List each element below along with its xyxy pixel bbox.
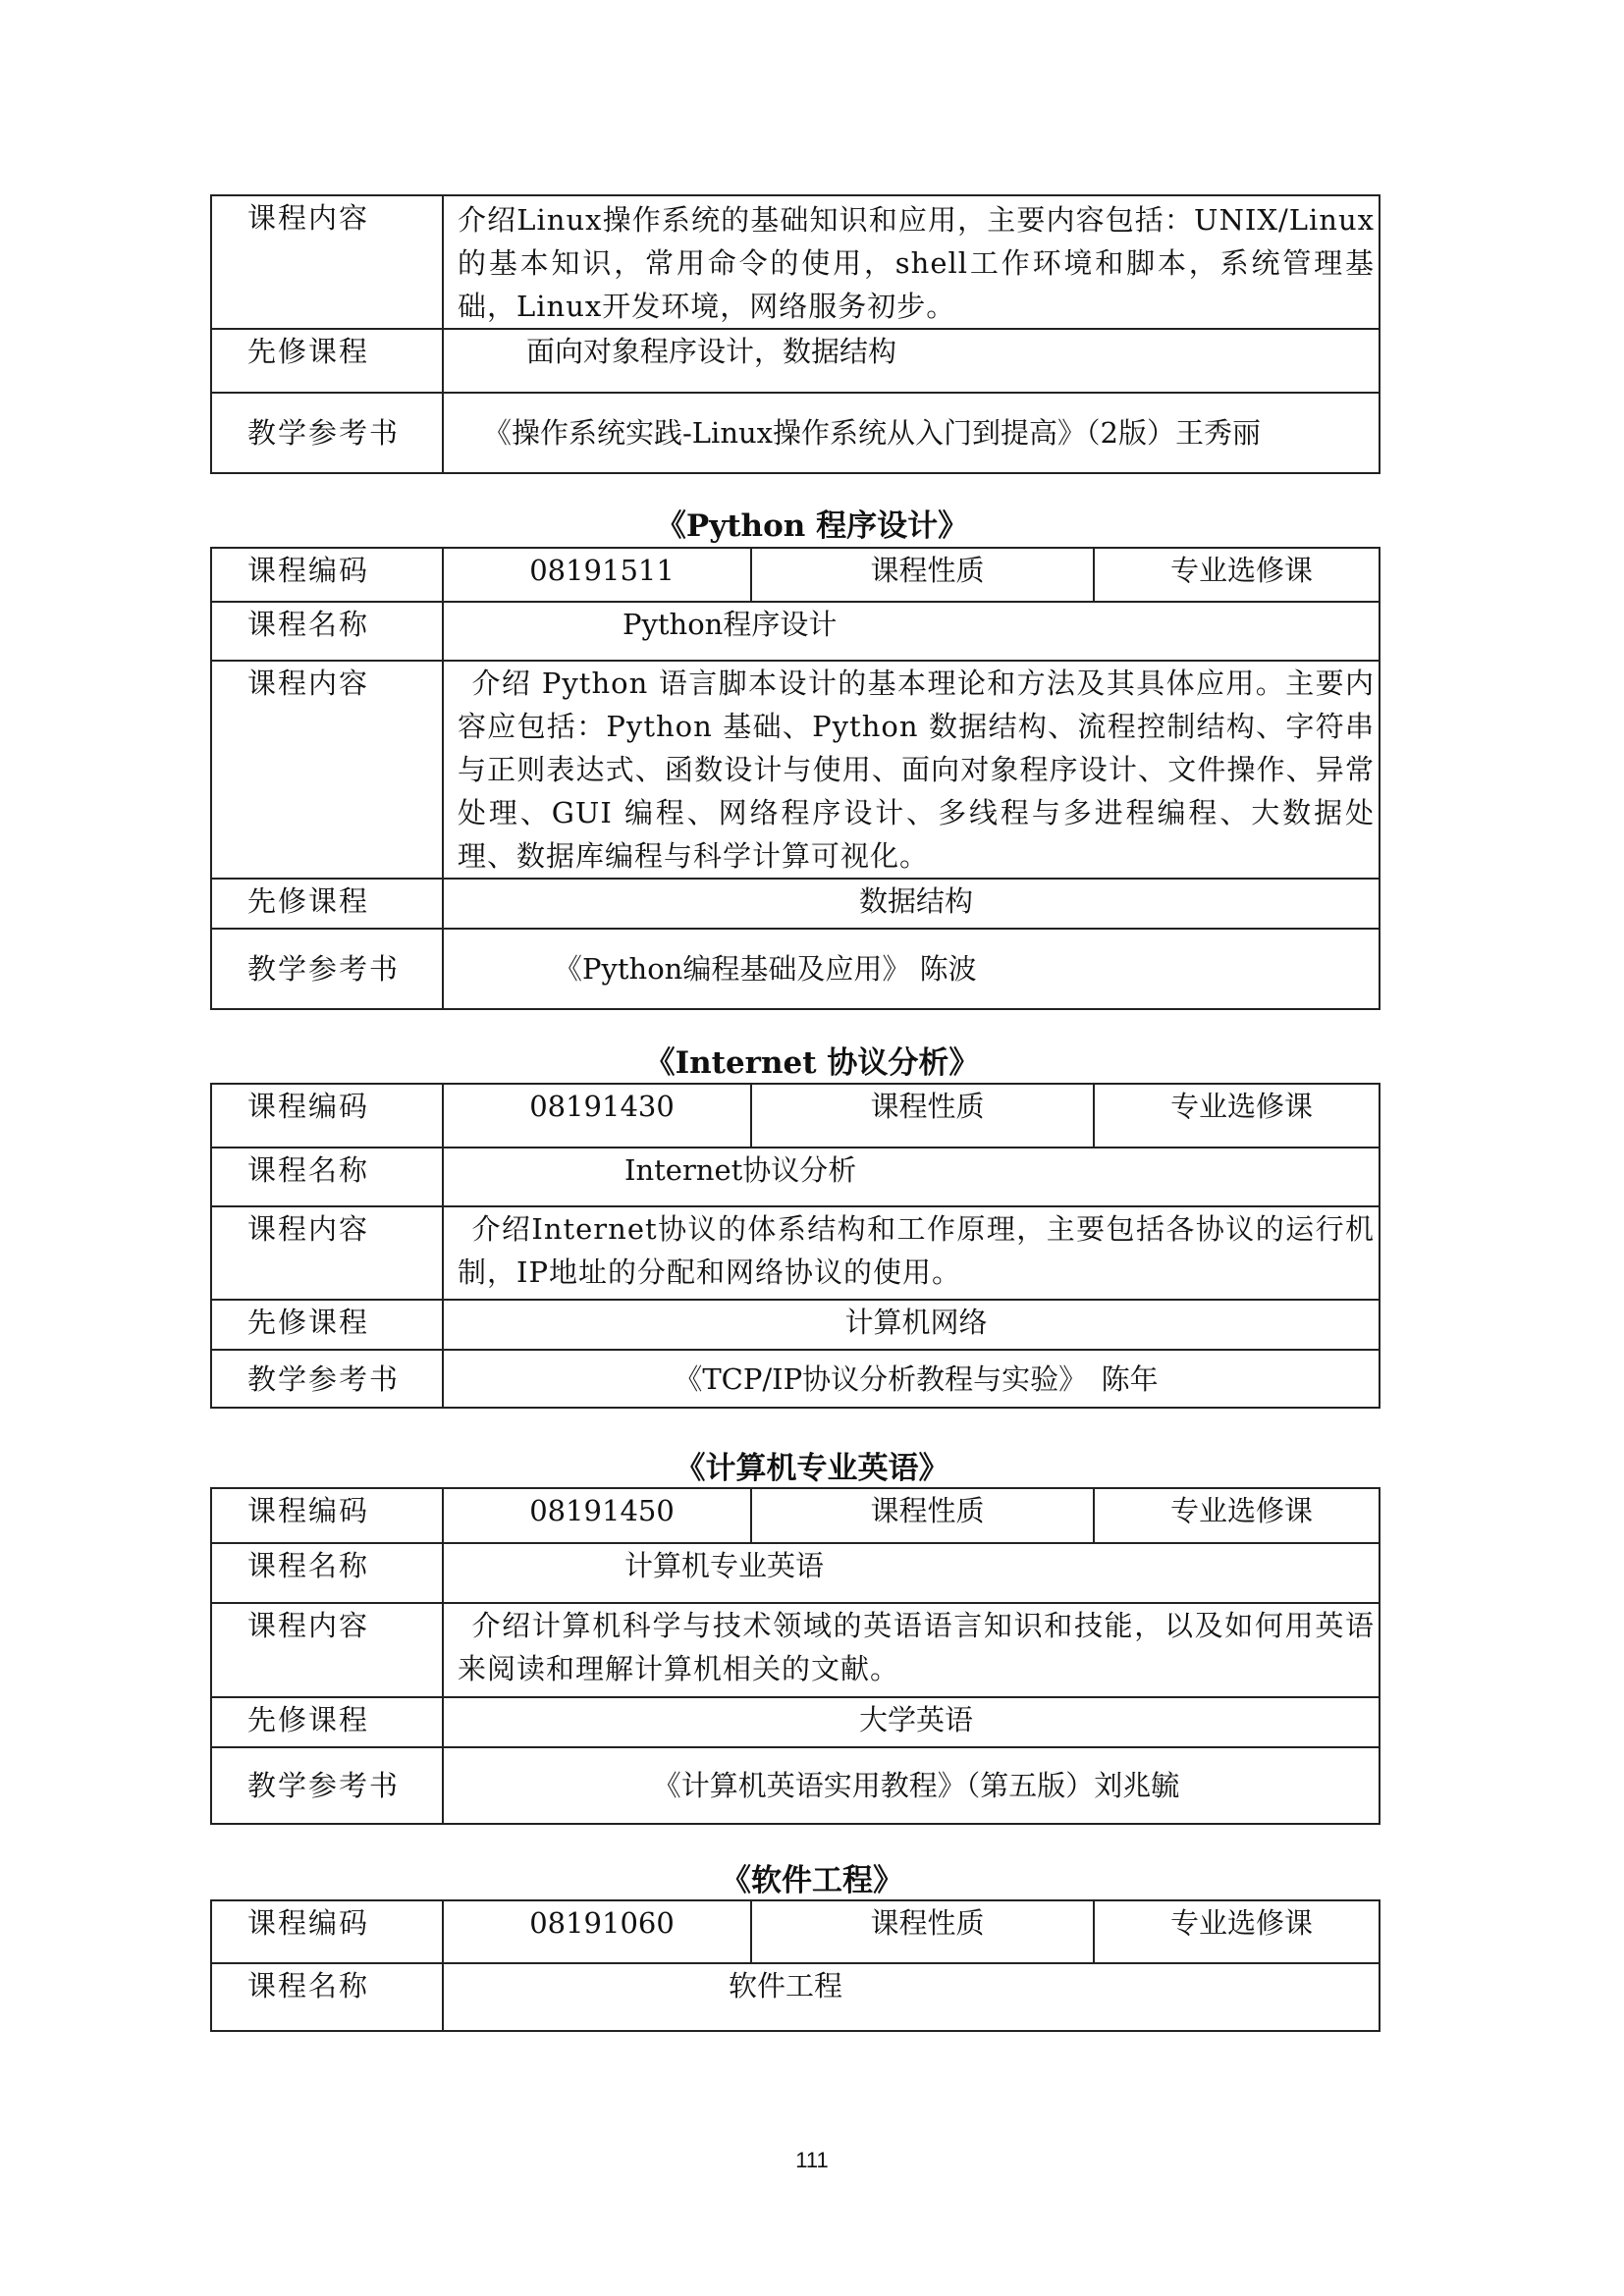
ref-value: 《计算机英语实用教程》（第五版）刘兆毓 bbox=[443, 1747, 1380, 1824]
nature-value: 专业选修课 bbox=[1094, 548, 1380, 602]
course-title-internet: 《Internet 协议分析》 bbox=[0, 1038, 1624, 1082]
course-table-internet: 课程编码 08191430 课程性质 专业选修课 课程名称 Internet协议… bbox=[210, 1083, 1380, 1409]
ref-value: 《操作系统实践-Linux操作系统从入门到提高》（2版）王秀丽 bbox=[443, 393, 1380, 473]
nature-value: 专业选修课 bbox=[1094, 1084, 1380, 1148]
name-value: 软件工程 bbox=[443, 1963, 1380, 2031]
content-value: 介绍 Python 语言脚本设计的基本理论和方法及其具体应用。主要内容应包括：P… bbox=[443, 661, 1380, 879]
course-title-english: 《计算机专业英语》 bbox=[0, 1443, 1624, 1487]
code-label: 课程编码 bbox=[211, 548, 443, 602]
page-number: 111 bbox=[0, 2148, 1624, 2173]
prereq-label: 先修课程 bbox=[211, 879, 443, 929]
content-label: 课程内容 bbox=[211, 1206, 443, 1300]
ref-value: 《TCP/IP协议分析教程与实验》 陈年 bbox=[443, 1350, 1380, 1408]
content-value: 介绍Internet协议的体系结构和工作原理，主要包括各协议的运行机制，IP地址… bbox=[443, 1206, 1380, 1300]
prereq-value: 大学英语 bbox=[443, 1697, 1380, 1747]
ref-label: 教学参考书 bbox=[211, 929, 443, 1009]
nature-label: 课程性质 bbox=[751, 548, 1094, 602]
content-label: 课程内容 bbox=[211, 1603, 443, 1697]
name-label: 课程名称 bbox=[211, 1963, 443, 2031]
nature-label: 课程性质 bbox=[751, 1084, 1094, 1148]
linux-course-table-continued: 课程内容 介绍Linux操作系统的基础知识和应用，主要内容包括：UNIX/Lin… bbox=[210, 194, 1380, 474]
nature-label: 课程性质 bbox=[751, 1488, 1094, 1543]
nature-value: 专业选修课 bbox=[1094, 1900, 1380, 1963]
course-table-english: 课程编码 08191450 课程性质 专业选修课 课程名称 计算机专业英语 课程… bbox=[210, 1487, 1380, 1825]
course-table-python: 课程编码 08191511 课程性质 专业选修课 课程名称 Python程序设计… bbox=[210, 547, 1380, 1010]
prereq-value: 计算机网络 bbox=[443, 1300, 1380, 1350]
content-label: 课程内容 bbox=[211, 661, 443, 879]
code-value: 08191511 bbox=[443, 548, 751, 602]
prereq-label: 先修课程 bbox=[211, 1300, 443, 1350]
nature-label: 课程性质 bbox=[751, 1900, 1094, 1963]
code-value: 08191060 bbox=[443, 1900, 751, 1963]
ref-label: 教学参考书 bbox=[211, 393, 443, 473]
name-value: Python程序设计 bbox=[443, 602, 1380, 661]
ref-label: 教学参考书 bbox=[211, 1747, 443, 1824]
code-label: 课程编码 bbox=[211, 1084, 443, 1148]
code-label: 课程编码 bbox=[211, 1900, 443, 1963]
name-label: 课程名称 bbox=[211, 602, 443, 661]
code-label: 课程编码 bbox=[211, 1488, 443, 1543]
content-label: 课程内容 bbox=[211, 195, 443, 329]
code-value: 08191430 bbox=[443, 1084, 751, 1148]
prereq-label: 先修课程 bbox=[211, 1697, 443, 1747]
course-title-python: 《Python 程序设计》 bbox=[0, 501, 1624, 545]
name-label: 课程名称 bbox=[211, 1543, 443, 1603]
content-value: 介绍计算机科学与技术领域的英语语言知识和技能，以及如何用英语来阅读和理解计算机相… bbox=[443, 1603, 1380, 1697]
nature-value: 专业选修课 bbox=[1094, 1488, 1380, 1543]
course-table-software-engineering: 课程编码 08191060 课程性质 专业选修课 课程名称 软件工程 bbox=[210, 1899, 1380, 2032]
ref-label: 教学参考书 bbox=[211, 1350, 443, 1408]
prereq-value: 数据结构 bbox=[443, 879, 1380, 929]
name-label: 课程名称 bbox=[211, 1148, 443, 1206]
ref-value: 《Python编程基础及应用》 陈波 bbox=[443, 929, 1380, 1009]
prereq-label: 先修课程 bbox=[211, 329, 443, 393]
code-value: 08191450 bbox=[443, 1488, 751, 1543]
name-value: Internet协议分析 bbox=[443, 1148, 1380, 1206]
content-value: 介绍Linux操作系统的基础知识和应用，主要内容包括：UNIX/Linux的基本… bbox=[443, 195, 1380, 329]
name-value: 计算机专业英语 bbox=[443, 1543, 1380, 1603]
prereq-value: 面向对象程序设计，数据结构 bbox=[443, 329, 1380, 393]
course-title-software-engineering: 《软件工程》 bbox=[0, 1855, 1624, 1899]
